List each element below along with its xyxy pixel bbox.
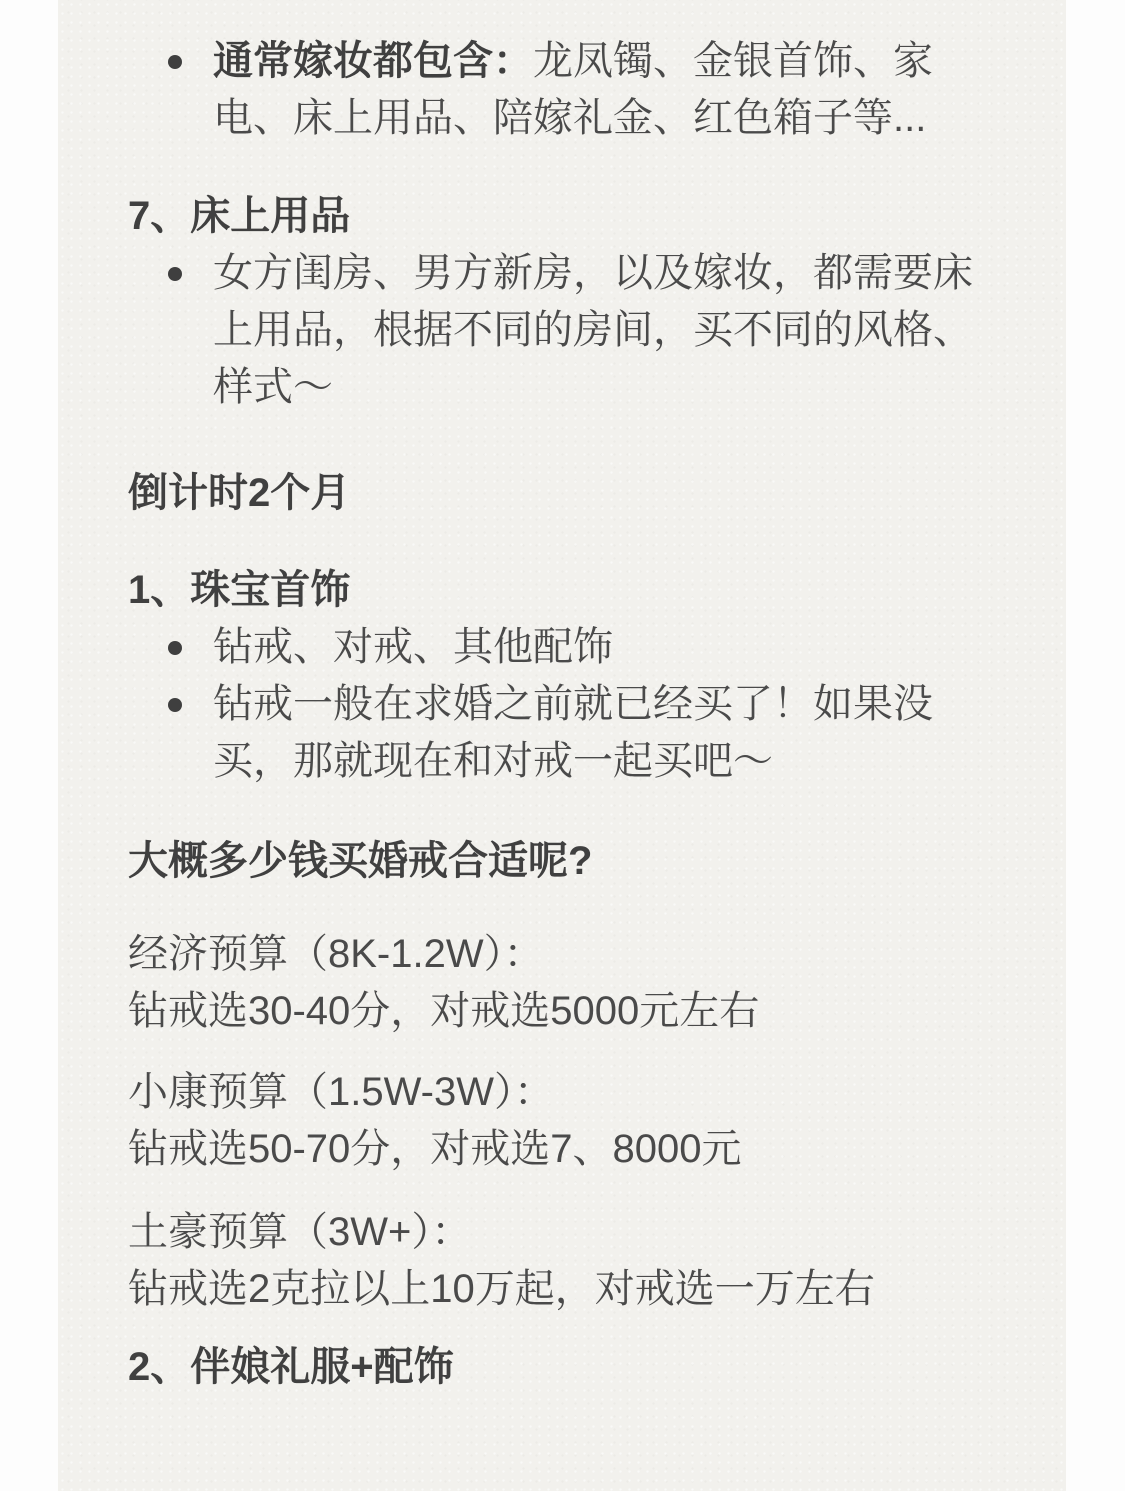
budget-paragraph-comfortable: 小康预算（1.5W-3W）：钻戒选50-70分，对戒选7、8000元 — [128, 1064, 1014, 1178]
dowry-list: 通常嫁妆都包含：龙凤镯、金银首饰、家电、床上用品、陪嫁礼金、红色箱子等... — [128, 33, 1014, 147]
dowry-item-text: 通常嫁妆都包含：龙凤镯、金银首饰、家电、床上用品、陪嫁礼金、红色箱子等... — [213, 33, 1014, 147]
list-item-dowry: 通常嫁妆都包含：龙凤镯、金银首饰、家电、床上用品、陪嫁礼金、红色箱子等... — [168, 33, 1014, 147]
budget-paragraph-economy: 经济预算（8K-1.2W）：钻戒选30-40分，对戒选5000元左右 — [128, 926, 1014, 1040]
bedding-item-text: 女方闺房、男方新房，以及嫁妆，都需要床上用品，根据不同的房间，买不同的风格、样式… — [213, 245, 1014, 416]
heading-budget-question: 大概多少钱买婚戒合适呢? — [128, 833, 1014, 890]
jewelry-types-text: 钻戒、对戒、其他配饰 — [213, 619, 1014, 676]
budget-paragraph-rich: 土豪预算（3W+）：钻戒选2克拉以上10万起，对戒选一万左右 — [128, 1204, 1014, 1318]
heading-countdown-2-months: 倒计时2个月 — [128, 465, 1014, 522]
bullet-icon — [168, 245, 213, 281]
heading-bridesmaid: 2、伴娘礼服+配饰 — [128, 1339, 1014, 1396]
note-page: 通常嫁妆都包含：龙凤镯、金银首饰、家电、床上用品、陪嫁礼金、红色箱子等... 7… — [58, 0, 1066, 1491]
heading-jewelry: 1、珠宝首饰 — [128, 562, 1014, 619]
list-item-jewelry-types: 钻戒、对戒、其他配饰 — [168, 619, 1014, 676]
list-item-jewelry-tip: 钻戒一般在求婚之前就已经买了！如果没买，那就现在和对戒一起买吧～ — [168, 676, 1014, 790]
jewelry-list: 钻戒、对戒、其他配饰 钻戒一般在求婚之前就已经买了！如果没买，那就现在和对戒一起… — [128, 619, 1014, 790]
bullet-icon — [168, 619, 213, 655]
jewelry-tip-text: 钻戒一般在求婚之前就已经买了！如果没买，那就现在和对戒一起买吧～ — [213, 676, 1014, 790]
bullet-icon — [168, 33, 213, 69]
heading-bedding: 7、床上用品 — [128, 188, 1014, 245]
bedding-list: 女方闺房、男方新房，以及嫁妆，都需要床上用品，根据不同的房间，买不同的风格、样式… — [128, 245, 1014, 416]
bullet-icon — [168, 676, 213, 712]
dowry-item-lead: 通常嫁妆都包含： — [213, 39, 533, 83]
list-item-bedding: 女方闺房、男方新房，以及嫁妆，都需要床上用品，根据不同的房间，买不同的风格、样式… — [168, 245, 1014, 416]
